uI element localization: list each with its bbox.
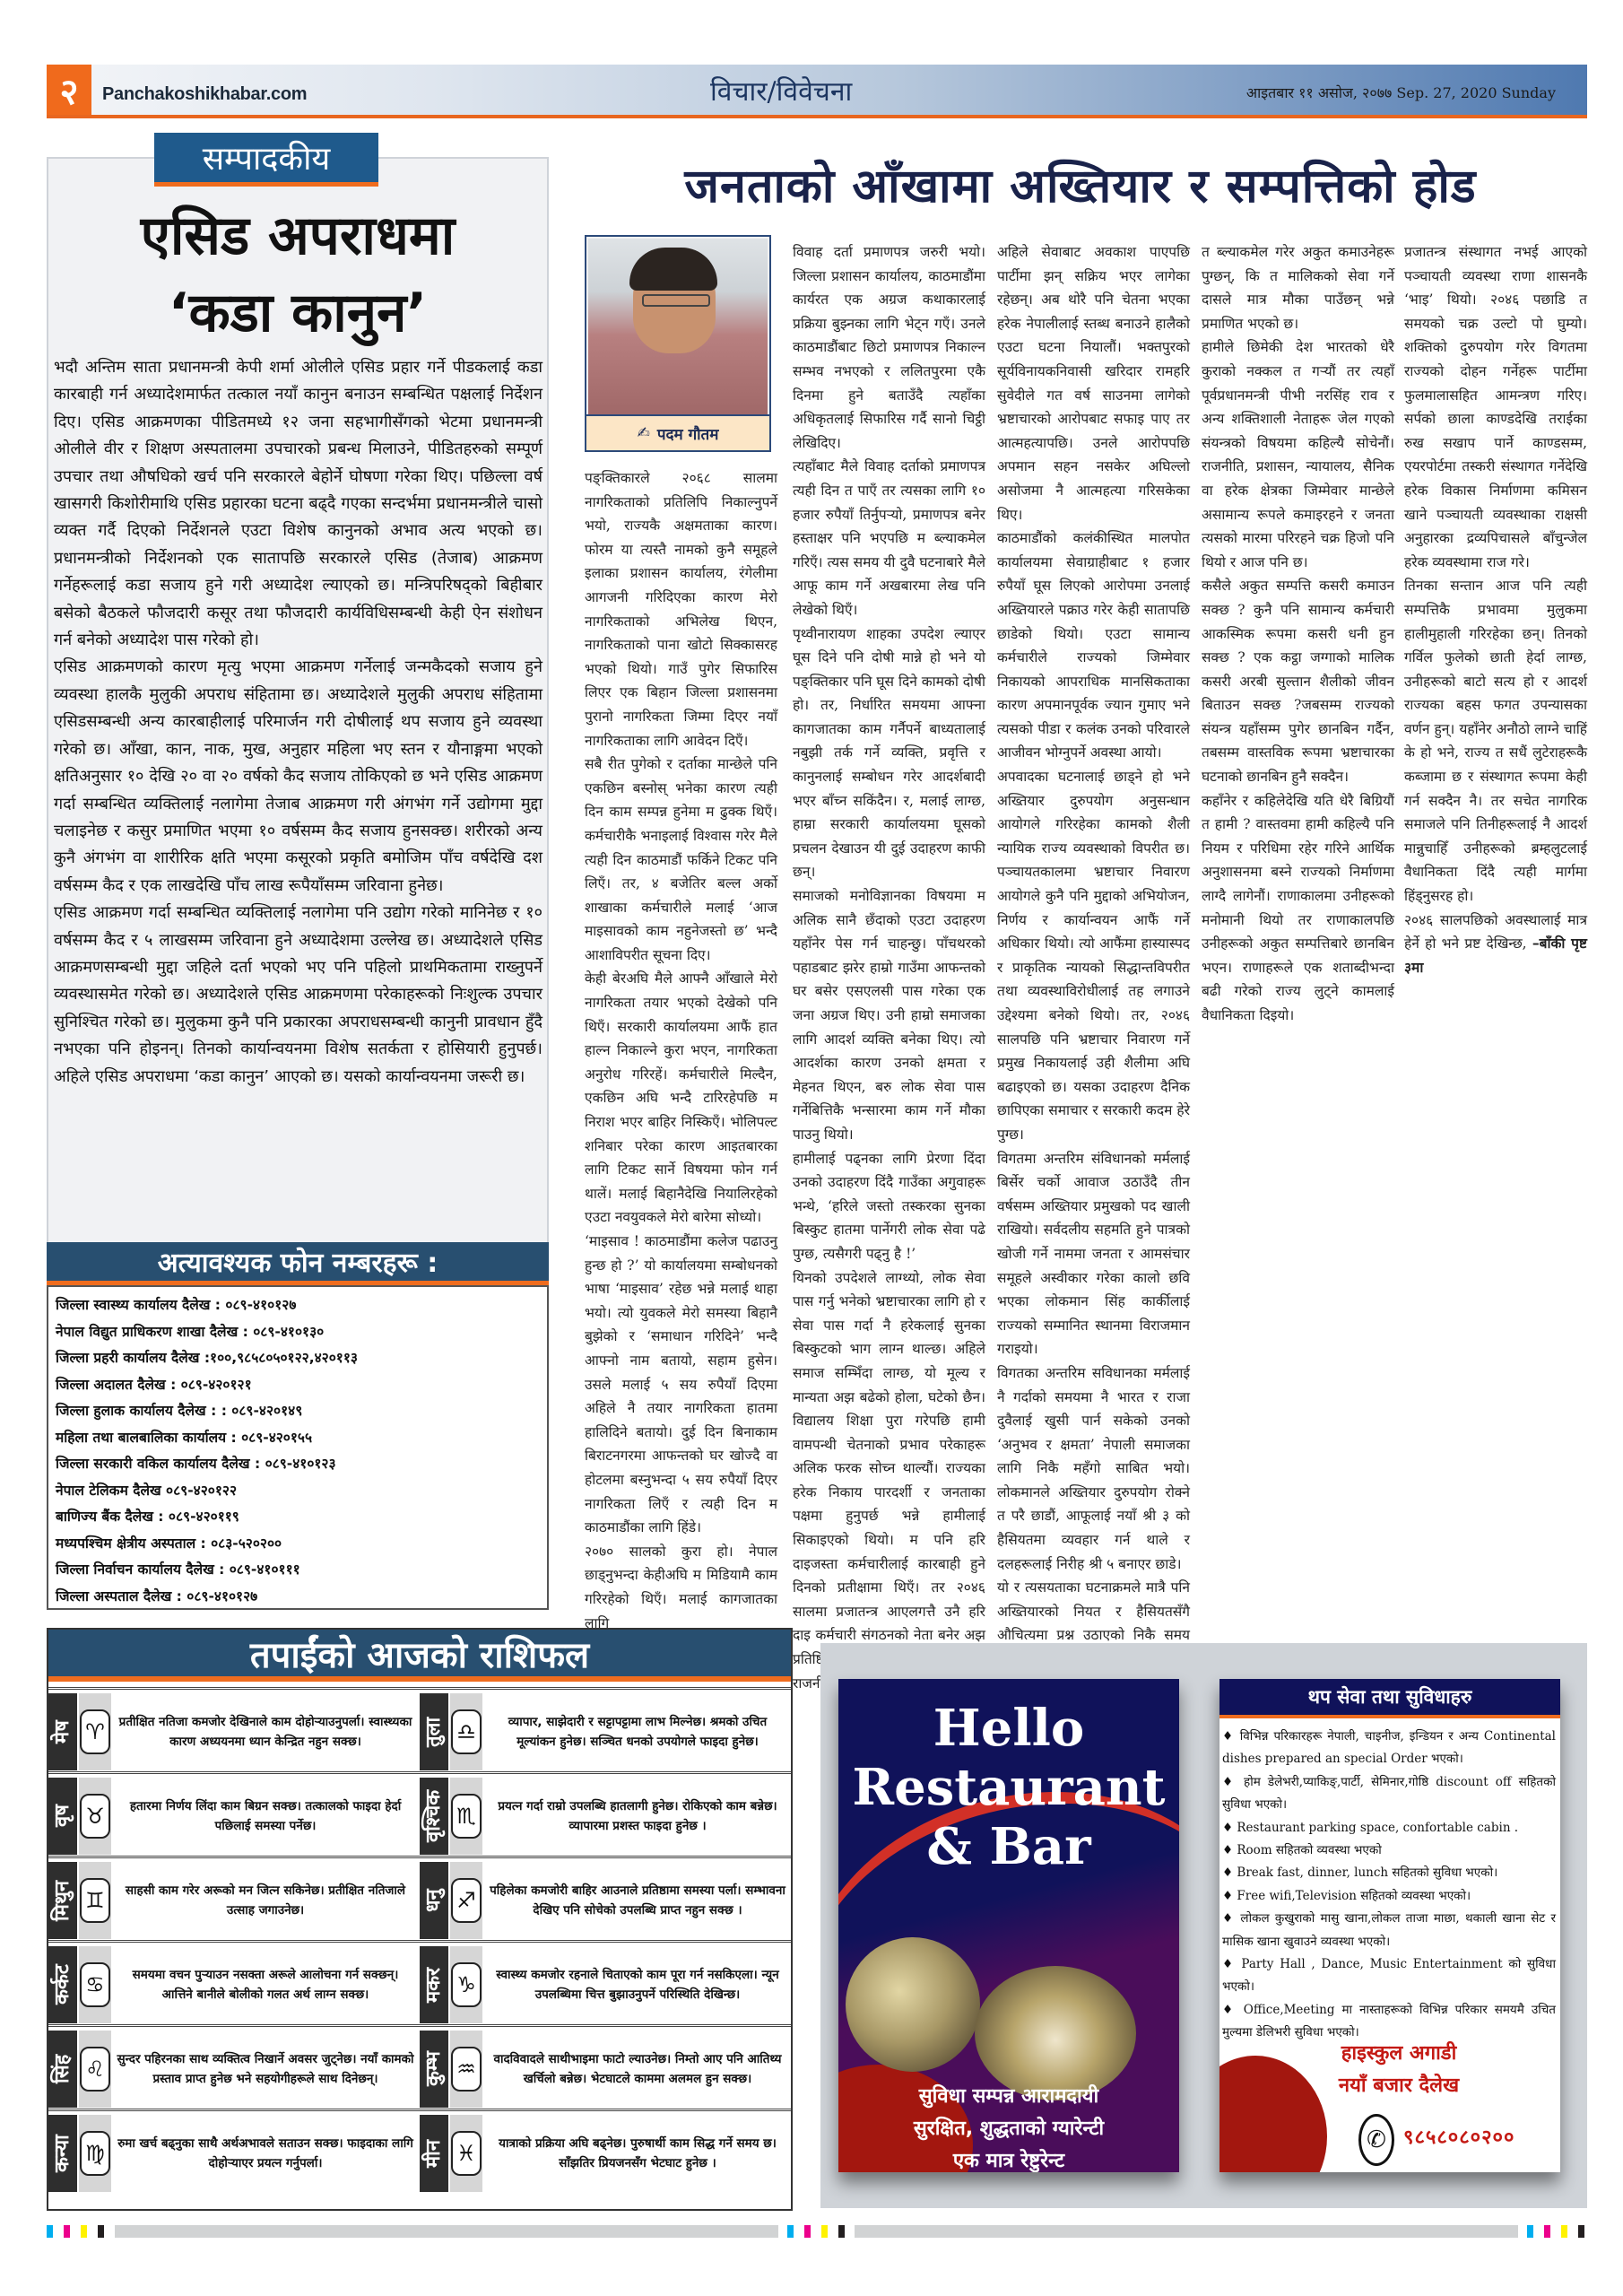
sign-text: पहिलेका कमजोरी बाहिर आउनाले प्रतिष्ठामा … <box>484 1862 791 1939</box>
site-name[interactable]: Panchakoshikhabar.com <box>102 84 307 105</box>
aquarius-icon: ♒ <box>450 2031 482 2108</box>
yellow-swatch <box>81 2225 87 2238</box>
ad-title-line: Restaurant <box>838 1758 1179 1817</box>
horoscope-row: वृष ♉ हतारमा निर्णय लिंदा काम बिग्रन सक्… <box>48 1771 791 1856</box>
phone-row: जिल्ला अदालत दैलेख : ०८९-४२०१२१ <box>56 1372 540 1399</box>
sign-name: सिंह <box>48 2031 77 2108</box>
services-title: थप सेवा तथा सुविधाहरु <box>1219 1679 1560 1718</box>
horoscope-row: मिथुन ♊ साहसी काम गरेर अरूको मन जित्न सक… <box>48 1856 791 1940</box>
gray-bar <box>855 2225 1518 2238</box>
page-number: २ <box>47 65 91 115</box>
horoscope-item-aries: मेष ♈ प्रतीक्षित नतिजा कमजोर देखिनाले का… <box>48 1693 420 1770</box>
phone-row: जिल्ला स्वास्थ्य कार्यालय दैलेख : ०८९-४१… <box>56 1292 540 1319</box>
author-name: पदम गौतम <box>657 423 719 444</box>
horoscope-item-leo: सिंह ♌ सुन्दर पहिरनका साथ व्यक्तित्व निख… <box>48 2031 420 2108</box>
article-paragraph: यिनको उपदेशले लाग्थ्यो, लोक सेवा पास गर्… <box>793 1266 985 1696</box>
article-paragraph: कहाँनेर र कहिलेदेखि यति धेरै बिग्रियौं त… <box>1202 789 1394 1028</box>
phone-list: जिल्ला स्वास्थ्य कार्यालय दैलेख : ०८९-४१… <box>47 1285 549 1610</box>
article-paragraph: तिनका सन्तान आज पनि त्यही सम्पत्तिकै प्र… <box>1404 574 1587 908</box>
yellow-swatch <box>1561 2225 1567 2238</box>
restaurant-photo <box>846 1937 980 2072</box>
gray-bar <box>115 2225 778 2238</box>
editorial-headline-line2: ‘कडा कानुन’ <box>47 274 549 352</box>
horoscope-item-cancer: कर्कट ♋ समयमा वचन पुर्‍याउन नसक्ता अरूले… <box>48 1946 420 2023</box>
phone-row: जिल्ला प्रहरी कार्यालय दैलेख :१००,९८५८०५… <box>56 1345 540 1372</box>
phone-row: बाणिज्य बैंक दैलेख : ०८९-४२०११९ <box>56 1504 540 1531</box>
services-list: ♦ विभिन्न परिकारहरू नेपाली, चाइनीज, इन्ड… <box>1222 1726 1556 2045</box>
issue-date: आइतबार ११ असोज, २०७७ Sep. 27, 2020 Sunda… <box>1246 83 1556 102</box>
phone-row: जिल्ला हुलाक कार्यालय दैलेख : : ०८९-४२०१… <box>56 1398 540 1425</box>
article-paragraph: पङ्क्तिकारले २०६८ सालमा नागरिकताको प्रति… <box>585 466 777 752</box>
cancer-icon: ♋ <box>79 1946 111 2023</box>
aries-icon: ♈ <box>79 1693 111 1770</box>
service-item: ♦ विभिन्न परिकारहरू नेपाली, चाइनीज, इन्ड… <box>1222 1726 1556 1771</box>
ad-tagline-line: सुरक्षित, शुद्धताको ग्यारेन्टी <box>838 2113 1179 2145</box>
sign-name: कन्या <box>48 2115 77 2192</box>
page-header: २ Panchakoshikhabar.com विचार/विवेचना आइ… <box>47 65 1587 118</box>
service-item: ♦ Restaurant parking space, confortable … <box>1222 1817 1556 1839</box>
sign-text: स्वास्थ्य कमजोर रहनाले चिताएको काम पूरा … <box>484 1946 791 2023</box>
virgo-icon: ♍ <box>79 2115 111 2192</box>
phone-row: मध्यपश्चिम क्षेत्रीय अस्पताल : ०८३-५२०२०… <box>56 1531 540 1558</box>
horoscope-section: तपाईंको आजको राशिफल मेष ♈ प्रतीक्षित नति… <box>47 1628 793 2211</box>
scorpio-icon: ♏ <box>450 1778 482 1855</box>
sign-text: प्रतीक्षित नतिजा कमजोर देखिनाले काम दोहो… <box>113 1693 418 1770</box>
horoscope-row: कर्कट ♋ समयमा वचन पुर्‍याउन नसक्ता अरूले… <box>48 1940 791 2024</box>
article-paragraph: त ब्ल्याकमेल गरेर अकुत कमाउनेहरू पुग्छन्… <box>1202 240 1394 335</box>
article-paragraph: अपवादका घटनालाई छाड्ने हो भने अख्तियार द… <box>997 765 1190 1147</box>
article-paragraph: केही बेरअघि मैले आफ्नै आँखाले मेरो नागरि… <box>585 967 777 1230</box>
article-paragraph: त्यहाँबाट मैले विवाह दर्ताको प्रमाणपत्र … <box>793 455 985 622</box>
article-column-1: पङ्क्तिकारले २०६८ सालमा नागरिकताको प्रति… <box>585 466 777 1635</box>
horoscope-item-libra: तुला ♎ व्यापार, साझेदारी र सट्टापट्टामा … <box>420 1693 791 1770</box>
libra-icon: ♎ <box>450 1693 482 1770</box>
article-paragraph: अहिले सेवाबाट अवकाश पाएपछि पार्टीमा झन् … <box>997 240 1190 526</box>
article-headline: जनताको आँखामा अख्तियार र सम्पत्तिको होड <box>574 152 1587 216</box>
article-paragraph: २०७० सालको कुरा हो। नेपाल छाड्नुभन्दा के… <box>585 1540 777 1635</box>
sign-name: मेष <box>48 1693 77 1770</box>
service-item: ♦ Room सहितको व्यवस्था भएको <box>1222 1839 1556 1862</box>
article-paragraph: विगतमा अन्तरिम संविधानको मर्मलाई बिर्सेर… <box>997 1147 1190 1361</box>
phone-list-title: अत्यावश्यक फोन नम्बरहरू : <box>47 1242 549 1285</box>
article-paragraph: काठमाडौंको कलंकीस्थित मालपोत कार्यालयमा … <box>997 526 1190 765</box>
editorial-body: भदौ अन्तिम साता प्रधानमन्त्री केपी शर्मा… <box>54 354 542 1091</box>
sign-text: प्रयत्न गर्दा राम्रो उपलब्धि हातलागी हुन… <box>484 1778 791 1855</box>
editorial-tag: सम्पादकीय <box>154 133 378 187</box>
service-item: ♦ Break fast, dinner, lunch सहितको सुविध… <box>1222 1862 1556 1884</box>
address-line: नयाँ बजार दैलेख <box>1300 2070 1497 2102</box>
horoscope-item-sagittarius: धनु ♐ पहिलेका कमजोरी बाहिर आउनाले प्रतिष… <box>420 1862 791 1939</box>
sign-text: यात्राको प्रक्रिया अघि बढ्नेछ। पुरुषार्थ… <box>484 2115 791 2192</box>
ad-address: हाइस्कुल अगाडी नयाँ बजार दैलेख <box>1300 2038 1497 2102</box>
sign-name: तुला <box>420 1693 448 1770</box>
sign-name: कुम्भ <box>420 2031 448 2108</box>
article-column-3: अहिले सेवाबाट अवकाश पाएपछि पार्टीमा झन् … <box>997 240 1190 1767</box>
sign-text: रुमा खर्च बढ्नुका साथै अर्थअभावले सताउन … <box>113 2115 418 2192</box>
cyan-swatch <box>1527 2225 1533 2238</box>
ad-tagline-line: एक मात्र रेष्टुरेन्ट <box>838 2145 1179 2172</box>
capricorn-icon: ♑ <box>450 1946 482 2023</box>
sign-text: समयमा वचन पुर्‍याउन नसक्ता अरूले आलोचना … <box>113 1946 418 2023</box>
magenta-swatch <box>1544 2225 1550 2238</box>
cyan-swatch <box>787 2225 794 2238</box>
leo-icon: ♌ <box>79 2031 111 2108</box>
sign-name: धनु <box>420 1862 448 1939</box>
ad-right-panel: थप सेवा तथा सुविधाहरु ♦ विभिन्न परिकारहर… <box>1219 1679 1560 2172</box>
horoscope-row: सिंह ♌ सुन्दर पहिरनका साथ व्यक्तित्व निख… <box>48 2024 791 2109</box>
article-paragraph: २०४६ सालपछिको अवस्थालाई मात्र हेर्ने हो … <box>1404 909 1587 980</box>
article-paragraph: सबै रीत पुगेको र दर्ताका मान्छेले पनि एक… <box>585 752 777 967</box>
phone-row: नेपाल विद्युत प्राधिकरण शाखा दैलेख : ०८९… <box>56 1319 540 1346</box>
sign-text: वादविवादले साथीभाइमा फाटो ल्याउनेछ। निम्… <box>484 2031 791 2108</box>
sagittarius-icon: ♐ <box>450 1862 482 1939</box>
author-byline: ✍ पदम गौतम <box>586 414 769 450</box>
sign-name: वृश्चिक <box>420 1778 448 1855</box>
hair-shape <box>629 248 717 291</box>
sign-text: हतारमा निर्णय लिंदा काम बिग्रन सक्छ। तत्… <box>113 1778 418 1855</box>
horoscope-row: कन्या ♍ रुमा खर्च बढ्नुका साथै अर्थअभावल… <box>48 2109 791 2193</box>
article-paragraph: समाजको मनोविज्ञानका विषयमा म अलिक सानै छ… <box>793 884 985 1147</box>
sign-text: व्यापार, साझेदारी र सट्टापट्टामा लाभ मिल… <box>484 1693 791 1770</box>
ad-tagline: सुविधा सम्पन्न आरामदायी सुरक्षित, शुद्धत… <box>838 2081 1179 2172</box>
cyan-swatch <box>47 2225 53 2238</box>
gemini-icon: ♊ <box>79 1862 111 1939</box>
horoscope-item-aquarius: कुम्भ ♒ वादविवादले साथीभाइमा फाटो ल्याउन… <box>420 2031 791 2108</box>
phone-row: जिल्ला अस्पताल दैलेख : ०८९-४१०१२७ <box>56 1584 540 1611</box>
section-title: विचार/विवेचना <box>710 72 852 109</box>
horoscope-item-pisces: मीन ♓ यात्राको प्रक्रिया अघि बढ्नेछ। पुर… <box>420 2115 791 2192</box>
black-swatch <box>98 2225 104 2238</box>
yellow-swatch <box>821 2225 828 2238</box>
phone-row: जिल्ला निर्वाचन कार्यालय दैलेख : ०८९-४१०… <box>56 1557 540 1584</box>
article-paragraph: हामीले छिमेकी देश भारतको धेरै कुराको नक्… <box>1202 335 1394 574</box>
glasses-shape <box>642 294 710 307</box>
article-paragraph: विगतका अन्तरिम सविधानका मर्मलाई नै गर्दा… <box>997 1361 1190 1576</box>
horoscope-item-virgo: कन्या ♍ रुमा खर्च बढ्नुका साथै अर्थअभावल… <box>48 2115 420 2192</box>
editorial-paragraph: एसिड आक्रमणको कारण मृत्यु भएमा आक्रमण गर… <box>54 654 542 900</box>
author-photo <box>588 239 768 414</box>
ad-phone-number[interactable]: ९८५८०८०२०० <box>1403 2123 1515 2150</box>
phone-row: नेपाल टेलिकम दैलेख ०८९-४२०१२२ <box>56 1478 540 1505</box>
ad-left-panel: Hello Restaurant & Bar सुविधा सम्पन्न आर… <box>838 1679 1179 2172</box>
horoscope-item-capricorn: मकर ♑ स्वास्थ्य कमजोर रहनाले चिताएको काम… <box>420 1946 791 2023</box>
address-line: हाइस्कुल अगाडी <box>1300 2038 1497 2070</box>
sign-name: मिथुन <box>48 1862 77 1939</box>
phone-row: जिल्ला सरकारी वकिल कार्यालय दैलेख : ०८९-… <box>56 1451 540 1478</box>
article-column-2: विवाह दर्ता प्रमाणपत्र जरुरी भयो। जिल्ला… <box>793 240 985 1695</box>
black-swatch <box>838 2225 845 2238</box>
horoscope-item-gemini: मिथुन ♊ साहसी काम गरेर अरूको मन जित्न सक… <box>48 1862 420 1939</box>
article-paragraph: विवाह दर्ता प्रमाणपत्र जरुरी भयो। जिल्ला… <box>793 240 985 455</box>
editorial-headline: एसिड अपराधमा ‘कडा कानुन’ <box>47 197 549 352</box>
editorial-headline-line1: एसिड अपराधमा <box>47 197 549 274</box>
article-paragraph: पृथ्वीनारायण शाहका उपदेश ल्याएर घूस दिने… <box>793 622 985 885</box>
sign-name: मकर <box>420 1946 448 2023</box>
article-paragraph: कसैले अकुत सम्पत्ति कसरी कमाउन सक्छ ? कु… <box>1202 574 1394 788</box>
phone-icon: ✆ <box>1358 2114 1394 2166</box>
horoscope-item-taurus: वृष ♉ हतारमा निर्णय लिंदा काम बिग्रन सक्… <box>48 1778 420 1855</box>
sign-name: वृष <box>48 1778 77 1855</box>
restaurant-advertisement[interactable]: Hello Restaurant & Bar सुविधा सम्पन्न आर… <box>820 1643 1587 2208</box>
service-item: ♦ Free wifi,Television सहितको व्यवस्था भ… <box>1222 1885 1556 1908</box>
ad-title-line: Hello <box>838 1699 1179 1758</box>
editorial-paragraph: एसिड आक्रमण गर्दा सम्बन्धित व्यक्तिलाई न… <box>54 900 542 1091</box>
phone-row: महिला तथा बालबालिका कार्यालय : ०८९-४२०१५… <box>56 1425 540 1452</box>
service-item: ♦ Party Hall , Dance, Music Entertainmen… <box>1222 1953 1556 1999</box>
article-column-4: त ब्ल्याकमेल गरेर अकुत कमाउनेहरू पुग्छन्… <box>1202 240 1394 1028</box>
service-item: ♦ होम डेलेभरी,प्याकिङ्,पार्टी, सेमिनार,ग… <box>1222 1771 1556 1817</box>
magenta-swatch <box>64 2225 70 2238</box>
horoscope-title: तपाईंको आजको राशिफल <box>48 1630 791 1682</box>
horoscope-row: मेष ♈ प्रतीक्षित नतिजा कमजोर देखिनाले का… <box>48 1687 791 1771</box>
article-paragraph: प्रजातन्त्र संस्थागत नभई आएको पञ्चायती व… <box>1404 240 1587 574</box>
pen-icon: ✍ <box>638 424 650 442</box>
ad-title: Hello Restaurant & Bar <box>838 1699 1179 1876</box>
ad-title-line: & Bar <box>838 1817 1179 1876</box>
sign-text: सुन्दर पहिरनका साथ व्यक्तित्व निखार्ने अ… <box>113 2031 418 2108</box>
black-swatch <box>1578 2225 1584 2238</box>
sign-name: कर्कट <box>48 1946 77 2023</box>
article-column-5: प्रजातन्त्र संस्थागत नभई आएको पञ्चायती व… <box>1404 240 1587 979</box>
magenta-swatch <box>804 2225 811 2238</box>
article-paragraph: हामीलाई पढ्नका लागि प्रेरणा दिंदा उनको उ… <box>793 1147 985 1266</box>
author-photo-box: ✍ पदम गौतम <box>585 235 771 452</box>
article-paragraph: ‘माइसाव ! काठमाडौंमा कलेज पढाउनु हुन्छ ह… <box>585 1230 777 1540</box>
taurus-icon: ♉ <box>79 1778 111 1855</box>
ad-tagline-line: सुविधा सम्पन्न आरामदायी <box>838 2081 1179 2113</box>
editorial-paragraph: भदौ अन्तिम साता प्रधानमन्त्री केपी शर्मा… <box>54 354 542 654</box>
horoscope-item-scorpio: वृश्चिक ♏ प्रयत्न गर्दा राम्रो उपलब्धि ह… <box>420 1778 791 1855</box>
sign-text: साहसी काम गरेर अरूको मन जित्न सकिनेछ। प्… <box>113 1862 418 1939</box>
sign-name: मीन <box>420 2115 448 2192</box>
pisces-icon: ♓ <box>450 2115 482 2192</box>
service-item: ♦ लोकल कुखुराको मासु खाना,लोकल ताजा माछा… <box>1222 1908 1556 1953</box>
